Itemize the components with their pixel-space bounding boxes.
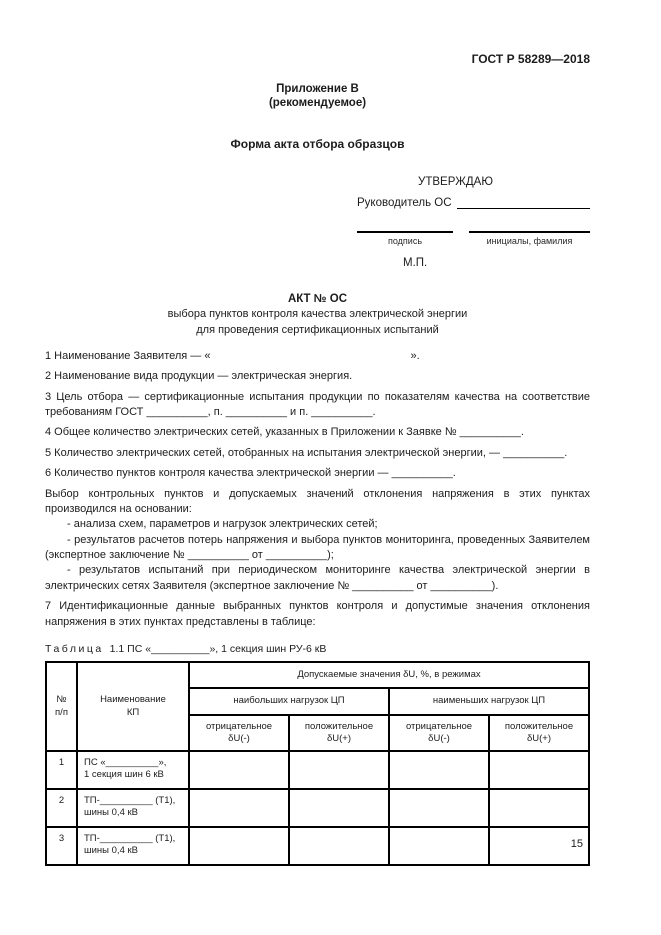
col-header-name: Наименование КП (77, 662, 189, 751)
basis-item-2: - результатов расчетов потерь напряжения… (45, 533, 590, 564)
table-caption-label: Таблица (45, 643, 104, 655)
stamp-place-label: М.П. (403, 257, 590, 269)
act-title: АКТ № ОС (45, 293, 590, 305)
page-number: 15 (571, 838, 583, 850)
value-cell-empty (289, 751, 389, 789)
col-header-max-load: наибольших нагрузок ЦП (189, 688, 389, 715)
head-name-blank (457, 196, 590, 209)
appendix-subtitle: (рекомендуемое) (45, 96, 590, 110)
value-cell-empty (389, 827, 489, 865)
control-point-name: ТП-__________ (Т1), шины 0,4 кВ (77, 827, 189, 865)
col-header-min-negative: отрицательное δU(-) (389, 715, 489, 751)
value-cell-empty (189, 789, 289, 827)
col-header-number: № п/п (46, 662, 77, 751)
col-header-allowed-values: Допускаемые значения δU, %, в режимах (189, 662, 589, 688)
row-number: 3 (46, 827, 77, 865)
signature-row: подпись инициалы, фамилия (357, 231, 590, 246)
standard-reference: ГОСТ Р 58289—2018 (45, 52, 590, 66)
paragraph-1-suffix: ». (410, 349, 419, 364)
value-cell-empty (289, 827, 389, 865)
basis-intro: Выбор контрольных пунктов и допускаемых … (45, 487, 590, 518)
control-point-name: ПС «__________», 1 секция шин 6 кВ (77, 751, 189, 789)
table-row: 2 ТП-__________ (Т1), шины 0,4 кВ (46, 789, 589, 827)
act-subtitle-line1: выбора пунктов контроля качества электри… (45, 307, 590, 322)
basis-item-3: - результатов испытаний при периодическо… (45, 563, 590, 594)
name-caption: инициалы, фамилия (469, 233, 590, 246)
name-field: инициалы, фамилия (469, 231, 590, 246)
value-cell-empty (189, 827, 289, 865)
value-cell-empty (489, 789, 589, 827)
approval-block: УТВЕРЖДАЮ Руководитель ОС подпись инициа… (357, 176, 590, 269)
paragraph-1-prefix: 1 Наименование Заявителя — « (45, 349, 210, 364)
paragraph-5: 5 Количество электрических сетей, отобра… (45, 446, 590, 461)
signature-caption: подпись (357, 233, 453, 246)
table-row: 3 ТП-__________ (Т1), шины 0,4 кВ (46, 827, 589, 865)
approve-label: УТВЕРЖДАЮ (357, 176, 590, 188)
value-cell-empty (389, 751, 489, 789)
table-caption-text: 1.1 ПС «__________», 1 секция шин РУ-6 к… (110, 643, 327, 655)
table-caption: Таблица1.1 ПС «__________», 1 секция шин… (45, 643, 590, 655)
paragraph-3: 3 Цель отбора — сертификационные испытан… (45, 390, 590, 421)
paragraph-1-blank (210, 349, 410, 364)
act-heading: АКТ № ОС выбора пунктов контроля качеств… (45, 293, 590, 338)
appendix-heading: Приложение В (рекомендуемое) (45, 82, 590, 111)
form-title: Форма акта отбора образцов (45, 137, 590, 151)
paragraph-1: 1 Наименование Заявителя — « ». (45, 349, 590, 364)
appendix-title: Приложение В (45, 82, 590, 96)
control-point-name: ТП-__________ (Т1), шины 0,4 кВ (77, 789, 189, 827)
paragraph-4: 4 Общее количество электрических сетей, … (45, 425, 590, 440)
value-cell-empty (289, 789, 389, 827)
paragraph-6: 6 Количество пунктов контроля качества э… (45, 466, 590, 481)
value-cell-empty (489, 751, 589, 789)
row-number: 2 (46, 789, 77, 827)
col-header-min-positive: положительное δU(+) (489, 715, 589, 751)
table-row: 1 ПС «__________», 1 секция шин 6 кВ (46, 751, 589, 789)
head-label: Руководитель ОС (357, 197, 452, 209)
control-points-table: № п/п Наименование КП Допускаемые значен… (45, 661, 590, 866)
row-number: 1 (46, 751, 77, 789)
head-of-body-line: Руководитель ОС (357, 196, 590, 209)
paragraph-7: 7 Идентификационные данные выбранных пун… (45, 599, 590, 630)
basis-item-1: - анализа схем, параметров и нагрузок эл… (45, 517, 590, 532)
act-subtitle-line2: для проведения сертификационных испытани… (45, 323, 590, 338)
signature-field: подпись (357, 231, 453, 246)
col-header-min-load: наименьших нагрузок ЦП (389, 688, 589, 715)
document-page: ГОСТ Р 58289—2018 Приложение В (рекоменд… (0, 0, 661, 866)
value-cell-empty (389, 789, 489, 827)
col-header-max-positive: положительное δU(+) (289, 715, 389, 751)
paragraph-2: 2 Наименование вида продукции — электрич… (45, 369, 590, 384)
col-header-max-negative: отрицательное δU(-) (189, 715, 289, 751)
value-cell-empty (189, 751, 289, 789)
